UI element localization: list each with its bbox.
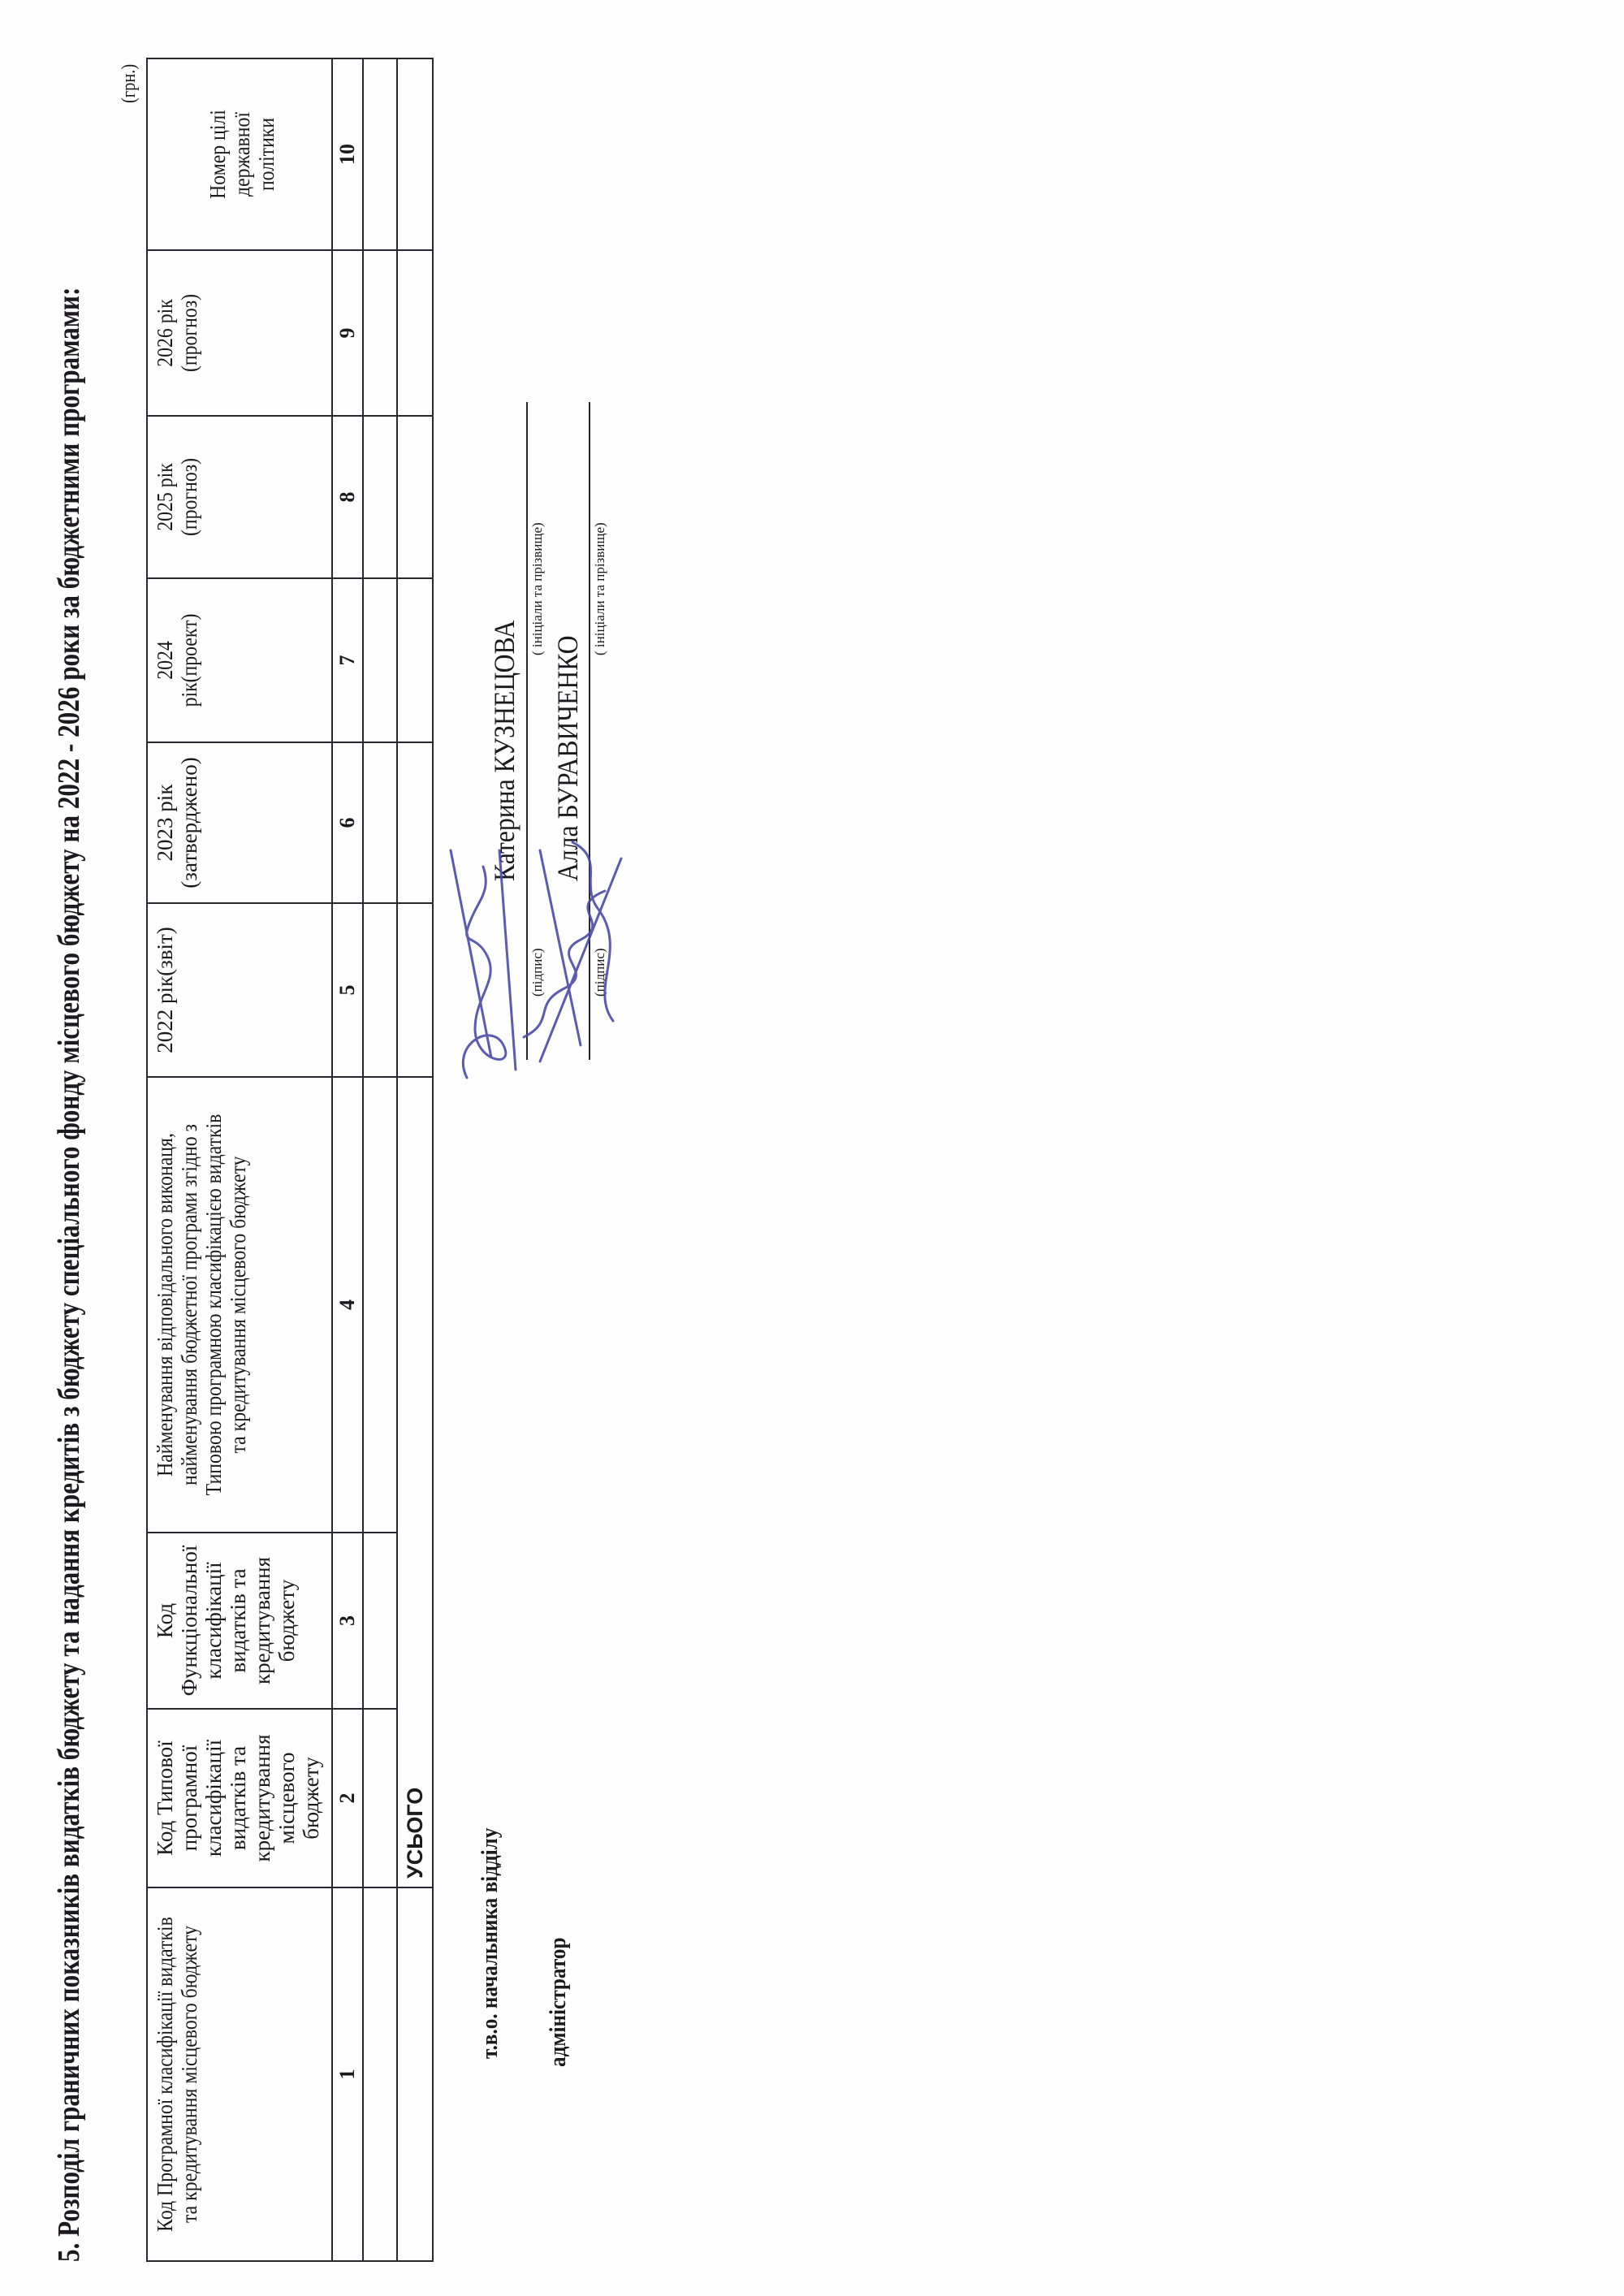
- header-2025: 2025 рік (прогноз): [147, 416, 332, 578]
- header-label: Номер цілі державної політики: [205, 75, 279, 233]
- total-spacer-cell: [397, 1887, 433, 2261]
- header-2026: 2026 рік (прогноз): [147, 250, 332, 416]
- table-cell: [363, 1887, 397, 2261]
- total-row: УСЬОГО: [397, 58, 433, 2261]
- header-2024: 2024 рік(проект): [147, 578, 332, 742]
- column-number: 2: [332, 1709, 363, 1887]
- table-cell: [363, 578, 397, 742]
- total-2026: [397, 250, 433, 416]
- total-2023: [397, 742, 433, 903]
- table-header-row: Код Програмної класифікації видатків та …: [147, 58, 332, 2261]
- name-caption-1: ( ініціали та прізвище): [529, 522, 546, 655]
- header-label: 2026 рік (прогноз): [153, 265, 201, 400]
- table-row: [363, 58, 397, 2261]
- header-label: 2024 рік(проект): [153, 593, 201, 727]
- header-label: Код Типової програмної класифікації вида…: [153, 1734, 323, 1861]
- table-cell: [363, 1709, 397, 1887]
- page-title: 5. Розподіл граничних показників видаткі…: [49, 71, 89, 2262]
- total-label: УСЬОГО: [397, 1077, 433, 1887]
- table-cell: [363, 1533, 397, 1709]
- column-number: 8: [332, 416, 363, 578]
- name-caption-2: ( ініціали та прізвище): [592, 522, 608, 655]
- header-functional-code: Код Функціональної класифікації видатків…: [147, 1533, 332, 1709]
- header-label: Найменування відповідального виконаця, н…: [153, 1109, 250, 1500]
- document-page: 5. Розподіл граничних показників видаткі…: [0, 0, 1624, 2296]
- column-number: 6: [332, 742, 363, 903]
- header-label: 2025 рік (прогноз): [153, 430, 201, 564]
- table-cell: [363, 742, 397, 903]
- table-cell: [363, 58, 397, 250]
- table-cell: [363, 416, 397, 578]
- signer-role-1: т.в.о. начальника відділу: [477, 1828, 503, 2059]
- column-number: 3: [332, 1533, 363, 1709]
- column-number: 9: [332, 250, 363, 416]
- column-number: 10: [332, 58, 363, 250]
- header-program-code: Код Програмної класифікації видатків та …: [147, 1887, 332, 2261]
- budget-distribution-table: Код Програмної класифікації видатків та …: [146, 58, 434, 2262]
- header-label: 2022 рік(звіт): [153, 927, 177, 1053]
- header-label: Код Функціональної класифікації видатків…: [153, 1546, 299, 1697]
- handwritten-signature-icon: [443, 834, 637, 1094]
- total-2024: [397, 578, 433, 742]
- total-policy-goal: [397, 58, 433, 250]
- total-2022: [397, 903, 433, 1077]
- column-number: 4: [332, 1077, 363, 1533]
- header-typical-program-code: Код Типової програмної класифікації вида…: [147, 1709, 332, 1887]
- column-number: 1: [332, 1887, 363, 2261]
- column-number: 7: [332, 578, 363, 742]
- table-cell: [363, 903, 397, 1077]
- header-label: Код Програмної класифікації видатків та …: [153, 1915, 201, 2233]
- signer-role-2: адміністратор: [546, 1937, 572, 2067]
- currency-unit: (грн.): [119, 64, 140, 103]
- table-cell: [363, 250, 397, 416]
- table-cell: [363, 1077, 397, 1533]
- header-policy-goal: Номер цілі державної політики: [147, 58, 332, 250]
- total-2025: [397, 416, 433, 578]
- column-number: 5: [332, 903, 363, 1077]
- header-executor-name: Найменування відповідального виконаця, н…: [147, 1077, 332, 1533]
- header-label: 2023 рік (затверджено): [153, 757, 201, 888]
- column-number-row: 1 2 3 4 5 6 7 8 9 10: [332, 58, 363, 2261]
- header-2023: 2023 рік (затверджено): [147, 742, 332, 903]
- header-2022: 2022 рік(звіт): [147, 903, 332, 1077]
